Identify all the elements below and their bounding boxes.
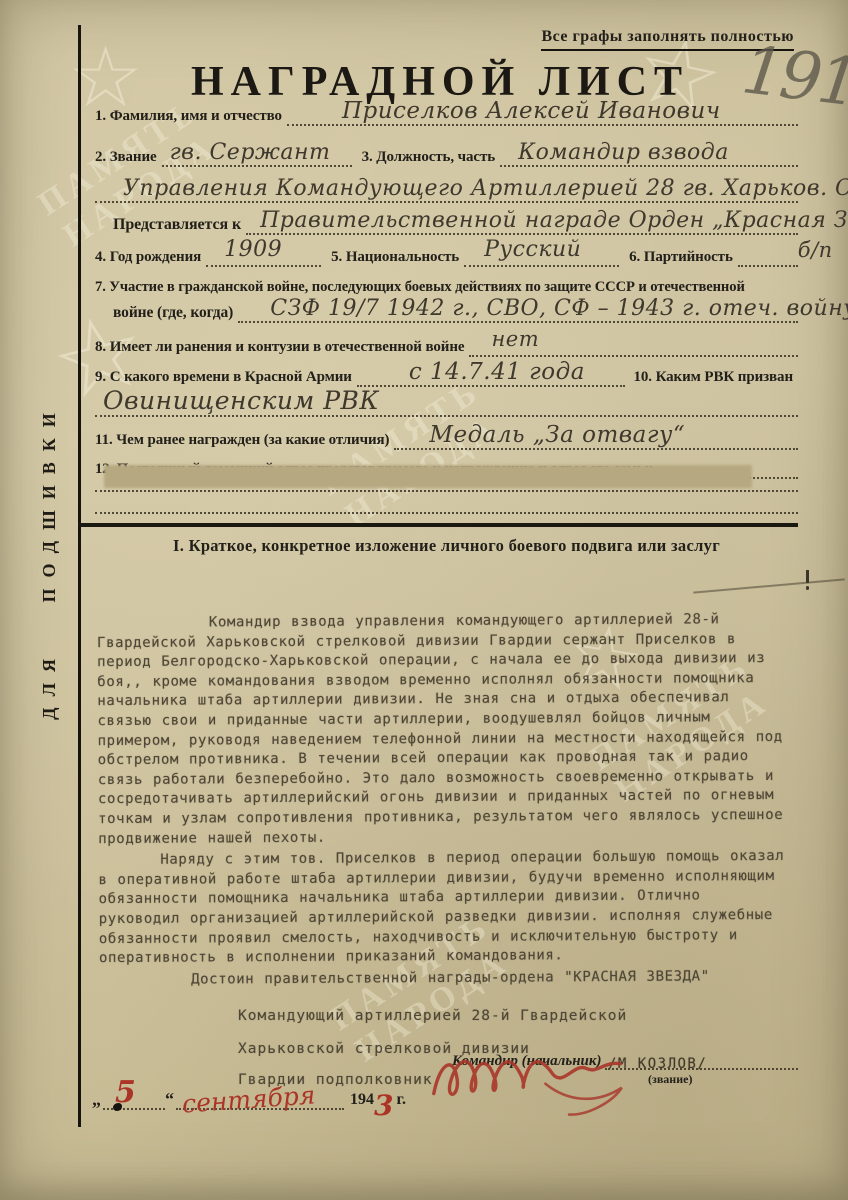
field-wounds-line: нет (469, 325, 798, 357)
field-rvk-row: Овинищенским РВК (95, 383, 798, 417)
field-wounds-row: 8. Имеет ли ранения и контузии в отечест… (95, 327, 798, 357)
field-position-value: Командир взвода (518, 140, 729, 165)
field-birthyear-label: 4. Год рождения (95, 249, 206, 267)
field-position-row2: Управления Командующего Артиллерией 28 г… (95, 171, 798, 203)
field-prior-awards-label: 11. Чем ранее награжден (за какие отличи… (95, 432, 394, 450)
field-wounds-value: нет (491, 327, 539, 351)
field-prior-awards-line: Медаль „За отвагу“ (394, 415, 798, 450)
paper-scratch-mark (693, 578, 845, 593)
filing-margin-label: ДЛЯ ПОДШИВКИ (39, 381, 65, 741)
left-border-rule (78, 25, 81, 1127)
field-position-line: Командир взвода (500, 135, 798, 167)
field-name-line: Приселков Алексей Иванович (287, 94, 798, 126)
field-birth-nationality-party-row: 4. Год рождения 1909 5. Национальность Р… (95, 237, 798, 267)
field-party-line: б/п (738, 235, 798, 267)
redacted-address-bar (104, 465, 752, 488)
field-war-participation-label2: войне (где, когда) (113, 304, 238, 323)
award-sheet-page: ☆ ☆ ☆ ☆ ПАМЯТЬ НАРОДА ПАМЯТЬ НАРОДА ПАМЯ… (0, 0, 848, 1200)
section1-heading: I. Краткое, конкретное изложение личного… (95, 536, 798, 556)
field-party-value: б/п (798, 238, 833, 262)
date-close-quote: “ (165, 1089, 176, 1110)
signer-title-line1: Командующий артиллерией 28-й Гвардейской (238, 1008, 627, 1024)
empty-dotted-line (95, 512, 798, 514)
signature-autograph (423, 1026, 657, 1126)
field-rank-label: 2. Звание (95, 149, 162, 167)
field-war-participation-value: СЗФ 19/7 1942 г., СВО, СФ – 1943 г. отеч… (270, 296, 848, 321)
ink-mark (806, 570, 809, 583)
field-birthyear-line: 1909 (206, 235, 321, 267)
field-war-participation-row2: войне (где, когда) СЗФ 19/7 1942 г., СВО… (113, 291, 798, 323)
field-name-value: Приселков Алексей Иванович (342, 98, 721, 124)
presented-for-label: Представляется к (113, 216, 246, 235)
field-rvk-line: Овинищенским РВК (95, 381, 798, 417)
field-party-label: 6. Партийность (619, 249, 738, 267)
field-prior-awards-row: 11. Чем ранее награжден (за какие отличи… (95, 417, 798, 450)
date-month-line: сентября (176, 1078, 344, 1110)
field-prior-awards-value: Медаль „За отвагу“ (429, 422, 685, 448)
date-row: „ 5 “ сентября 194 3 г. (92, 1080, 462, 1110)
field-position-label: 3. Должность, часть (352, 149, 501, 167)
citation-paragraph-3: Достоин правительственной награды-ордена… (99, 967, 787, 991)
field-rank-value: гв. Сержант (170, 140, 331, 165)
field-rank-line: гв. Сержант (162, 135, 352, 167)
presented-for-value: Правительственной награде Орден „Красная… (260, 208, 848, 233)
presented-for-row: Представляется к Правительственной награ… (113, 205, 798, 235)
date-open-quote: „ (92, 1089, 103, 1110)
date-month-value: сентября (181, 1080, 316, 1118)
citation-text-block: Командир взвода управления командующего … (97, 610, 787, 992)
field-position-value2: Управления Командующего Артиллерией 28 г… (123, 176, 848, 201)
field-nationality-value: Русский (484, 237, 581, 262)
citation-paragraph-2: Наряду с этим тов. Приселков в период оп… (98, 847, 787, 969)
field-position-line2: Управления Командующего Артиллерией 28 г… (95, 169, 798, 203)
field-birthyear-value: 1909 (224, 237, 282, 262)
address-dotted-line (95, 490, 798, 492)
field-war-participation-line: СЗФ 19/7 1942 г., СВО, СФ – 1943 г. отеч… (238, 289, 798, 323)
date-year-suffix: г. (393, 1091, 405, 1110)
field-name-label: 1. Фамилия, имя и отчество (95, 108, 287, 126)
field-nationality-label: 5. Национальность (321, 249, 464, 267)
field-name-row: 1. Фамилия, имя и отчество Приселков Але… (95, 96, 798, 126)
field-nationality-line: Русский (464, 235, 619, 267)
section-divider-rule (78, 523, 798, 527)
field-rank-position-row: 2. Звание гв. Сержант 3. Должность, част… (95, 137, 798, 167)
presented-for-line: Правительственной награде Орден „Красная… (246, 203, 798, 235)
date-year-prefix: 194 (344, 1091, 374, 1110)
citation-paragraph-1: Командир взвода управления командующего … (97, 610, 786, 849)
field-rvk-value: Овинищенским РВК (103, 386, 379, 415)
date-year-digit: 3 (374, 1098, 393, 1114)
